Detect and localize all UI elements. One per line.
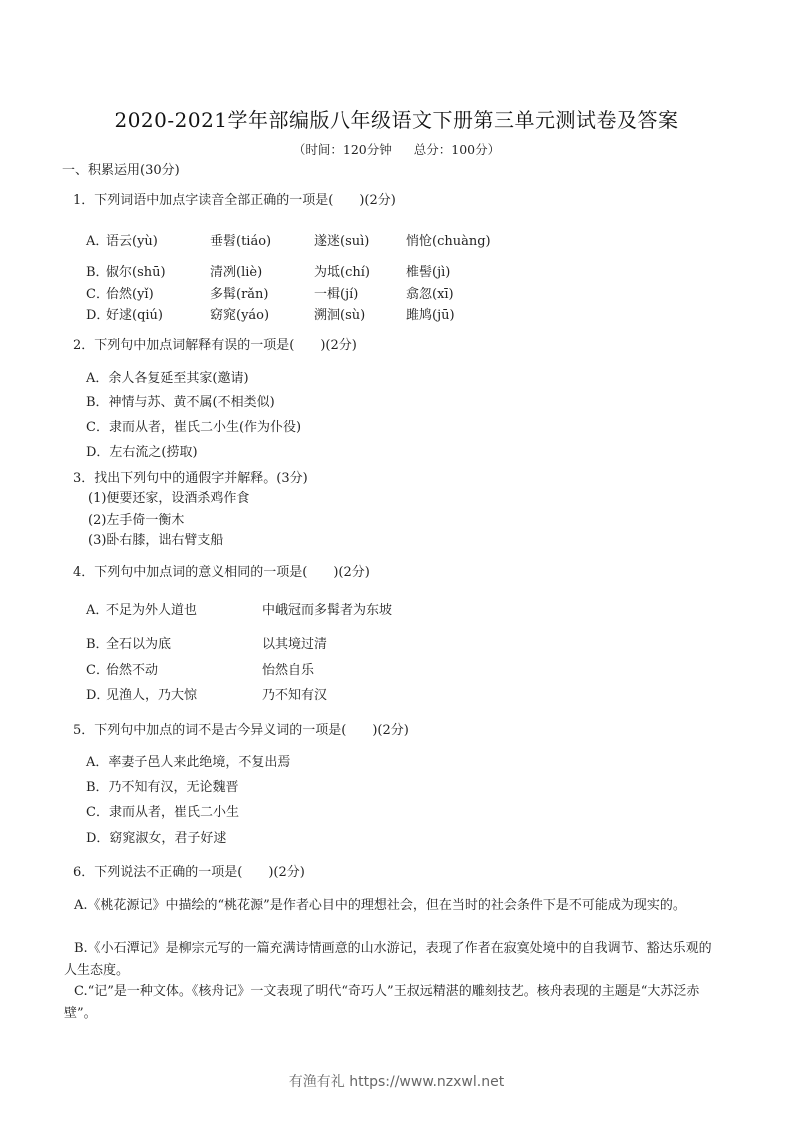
question-3-item-2: (2)左手倚一衡木 bbox=[88, 512, 184, 530]
question-4-option-b: B．全石以为底以其境过清 bbox=[86, 636, 327, 654]
question-6-option-c: C.“记”是一种文体。《核舟记》一文表现了明代“奇巧人”王叔远精湛的雕刻技艺。核… bbox=[64, 981, 724, 1025]
question-4-option-a: A．不足为外人道也中峨冠而多髯者为东坡 bbox=[86, 602, 392, 620]
question-1-option-b: B．俶尔(shū)清冽(liè)为坻(chí)椎髻(jì) bbox=[86, 264, 450, 282]
section-heading: 一、积累运用(30分) bbox=[62, 162, 180, 180]
question-5-option-a: A．率妻子邑人来此绝境，不复出焉 bbox=[86, 754, 290, 772]
question-6-stem: 6．下列说法不正确的一项是( )(2分) bbox=[73, 864, 305, 882]
question-1-option-d: D．好逑(qiú)窈窕(yáo)溯洄(sù)雎鸠(jū) bbox=[86, 307, 455, 325]
exam-total-score: 总分：100分） bbox=[414, 142, 500, 157]
page-title: 2020-2021学年部编版八年级语文下册第三单元测试卷及答案 bbox=[0, 104, 793, 133]
question-6-option-b: B.《小石潭记》是柳宗元写的一篇充满诗情画意的山水游记，表现了作者在寂寞处境中的… bbox=[64, 938, 724, 982]
question-5-option-d: D．窈窕淑女，君子好逑 bbox=[86, 830, 226, 848]
watermark-footer: 有渔有礼 https://www.nzxwl.net bbox=[0, 1071, 793, 1091]
question-3-item-3: (3)卧右膝，诎右臂支船 bbox=[88, 532, 223, 550]
question-3-stem: 3．找出下列句中的通假字并解释。(3分) bbox=[73, 470, 308, 488]
question-1-stem: 1．下列词语中加点字读音全部正确的一项是( )(2分) bbox=[73, 192, 396, 210]
question-2-option-d: D．左右流之(捞取) bbox=[86, 444, 198, 462]
question-4-option-d: D．见渔人，乃大惊乃不知有汉 bbox=[86, 687, 327, 705]
question-3-item-1: (1)便要还家，设酒杀鸡作食 bbox=[88, 490, 249, 508]
question-2-option-a: A．余人各复延至其家(邀请) bbox=[86, 370, 249, 388]
question-6-option-a: A.《桃花源记》中描绘的“桃花源”是作者心目中的理想社会，但在当时的社会条件下是… bbox=[64, 895, 724, 917]
question-1-option-a: A．语云(yù)垂髫(tiáo)遂迷(suì)悄怆(chuàng) bbox=[86, 233, 491, 251]
question-4-option-c: C．佁然不动怡然自乐 bbox=[86, 662, 314, 680]
question-2-stem: 2．下列句中加点词解释有误的一项是( )(2分) bbox=[73, 337, 357, 355]
question-5-option-c: C．隶而从者，崔氏二小生 bbox=[86, 804, 239, 822]
question-2-option-b: B．神情与苏、黄不属(不相类似) bbox=[86, 394, 275, 412]
question-1-option-c: C．佁然(yǐ)多髯(rǎn)一楫(jí)翕忽(xī) bbox=[86, 286, 454, 304]
question-5-stem: 5．下列句中加点的词不是古今异义词的一项是( )(2分) bbox=[73, 722, 409, 740]
exam-page: 2020-2021学年部编版八年级语文下册第三单元测试卷及答案 （时间：120分… bbox=[0, 0, 793, 1122]
exam-time: （时间：120分钟 bbox=[293, 142, 392, 157]
question-4-stem: 4．下列句中加点词的意义相同的一项是( )(2分) bbox=[73, 564, 370, 582]
question-2-option-c: C．隶而从者，崔氏二小生(作为仆役) bbox=[86, 419, 301, 437]
exam-info: （时间：120分钟总分：100分） bbox=[0, 140, 793, 158]
question-5-option-b: B．乃不知有汉，无论魏晋 bbox=[86, 779, 239, 797]
